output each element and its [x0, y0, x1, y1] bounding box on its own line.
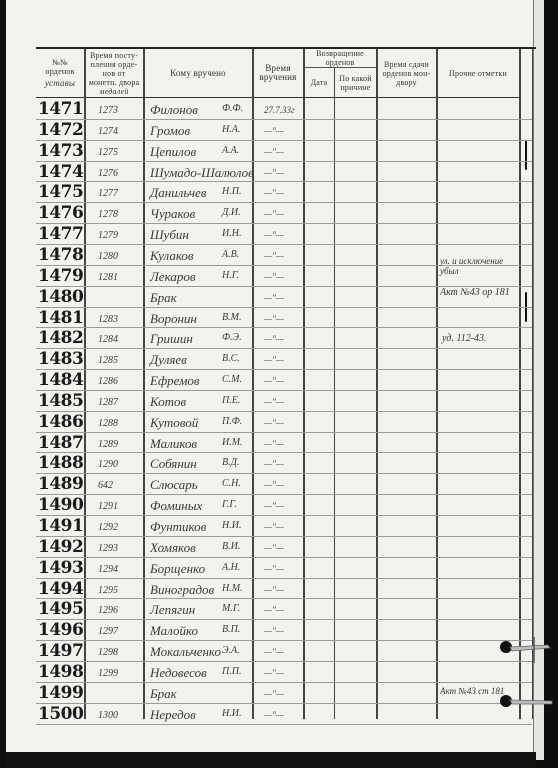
recipient-initials: И.Н. — [222, 228, 241, 239]
handed-time: —"— — [264, 501, 284, 511]
recipient-initials: П.Ф. — [222, 416, 242, 427]
column-divider — [334, 68, 335, 719]
recipient-name: Гришин — [150, 331, 193, 347]
recipient-initials: Г.Г. — [222, 499, 237, 510]
header-returned: Возвращение орденов — [304, 49, 376, 68]
handed-time: —"— — [264, 334, 284, 344]
received-number: 1289 — [98, 439, 118, 450]
note-row-1479: ул. и исключение убыл — [440, 256, 518, 276]
order-number: 1490 — [38, 495, 83, 515]
order-number: 1493 — [38, 558, 83, 578]
recipient-initials: А.Н. — [222, 562, 240, 573]
handed-time: —"— — [264, 522, 284, 532]
handed-time: —"— — [264, 126, 284, 136]
received-number: 1275 — [98, 147, 118, 158]
handed-time: —"— — [264, 188, 284, 198]
recipient-name: Кулаков — [150, 248, 194, 264]
handed-time: —"— — [264, 439, 284, 449]
note-row-1480: Акт №43 ор 181 — [440, 287, 510, 298]
order-number: 1488 — [38, 453, 83, 473]
handed-time: —"— — [264, 689, 284, 699]
handed-time: —"— — [264, 251, 284, 261]
received-number: 1285 — [98, 355, 118, 366]
recipient-initials: Н.И. — [222, 708, 241, 719]
handed-time: —"— — [264, 209, 284, 219]
received-number: 1284 — [98, 334, 118, 345]
order-number: 1499 — [38, 683, 83, 703]
recipient-name: Данильчев — [150, 185, 206, 201]
order-number: 1498 — [38, 662, 83, 682]
header-received: Время посту- пления орде- нов от монетн.… — [85, 49, 143, 98]
order-number: 1478 — [38, 245, 83, 265]
order-number: 1495 — [38, 599, 83, 619]
recipient-name: Ефремов — [150, 373, 200, 389]
handed-time: —"— — [264, 585, 284, 595]
handed-time: —"— — [264, 480, 284, 490]
recipient-initials: А.В. — [222, 249, 239, 260]
received-number: 1280 — [98, 251, 118, 262]
recipient-initials: С.Н. — [222, 478, 241, 489]
order-number: 1471 — [38, 99, 83, 119]
order-number: 1484 — [38, 370, 83, 390]
recipient-name: Лепягин — [150, 602, 195, 618]
recipient-initials: А.А. — [222, 145, 239, 156]
recipient-name: Брак — [150, 290, 177, 306]
row-divider — [36, 473, 532, 474]
order-number: 1500 — [38, 704, 83, 724]
recipient-name: Фунтиков — [150, 519, 206, 535]
row-divider — [36, 578, 532, 579]
received-number: 1279 — [98, 230, 118, 241]
header-returned-label: Возвращение орденов — [312, 49, 368, 67]
recipient-initials: Н.А. — [222, 124, 240, 135]
order-number: 1472 — [38, 120, 83, 140]
binder-clip-icon — [498, 689, 556, 718]
handed-time: —"— — [264, 418, 284, 428]
order-number: 1486 — [38, 412, 83, 432]
row-divider — [36, 119, 532, 120]
order-number: 1492 — [38, 537, 83, 557]
received-number: 1274 — [98, 126, 118, 137]
recipient-name: Фоминых — [150, 498, 202, 514]
order-number: 1474 — [38, 162, 83, 182]
row-divider — [36, 390, 532, 391]
row-divider — [36, 494, 532, 495]
row-divider — [36, 140, 532, 141]
recipient-name: Воронин — [150, 311, 197, 327]
received-number: 1294 — [98, 564, 118, 575]
row-divider — [36, 515, 532, 516]
received-number: 1291 — [98, 501, 118, 512]
row-divider — [36, 619, 532, 620]
recipient-name: Чураков — [150, 206, 195, 222]
order-number: 1489 — [38, 474, 83, 494]
order-number: 1479 — [38, 266, 83, 286]
order-number: 1494 — [38, 579, 83, 599]
recipient-initials: С.М. — [222, 374, 242, 385]
received-number: 1292 — [98, 522, 118, 533]
handed-time: —"— — [264, 397, 284, 407]
order-number: 1481 — [38, 308, 83, 328]
handed-time: —"— — [264, 647, 284, 657]
handed-time: —"— — [264, 605, 284, 615]
header-order-number-handwritten: уставы — [45, 79, 75, 88]
header-recipient: Кому вручено — [144, 49, 252, 98]
recipient-name: Брак — [150, 686, 177, 702]
recipient-name: Цепилов — [150, 144, 196, 160]
order-number: 1491 — [38, 516, 83, 536]
row-divider — [36, 452, 532, 453]
received-number: 1281 — [98, 272, 118, 283]
recipient-name: Дуляев — [150, 352, 187, 368]
received-number: 1286 — [98, 376, 118, 387]
handed-time: —"— — [264, 543, 284, 553]
recipient-initials: П.Е. — [222, 395, 240, 406]
received-number: 1277 — [98, 188, 118, 199]
note-row-1482: уд. 112-43. — [442, 333, 487, 344]
row-divider — [36, 202, 532, 203]
binding-slot — [525, 140, 527, 170]
header-other-notes: Прочие отметки — [437, 49, 519, 98]
order-number: 1476 — [38, 203, 83, 223]
recipient-initials: Н.М. — [222, 583, 243, 594]
header-order-number: №№ орденов уставы — [36, 49, 84, 98]
recipient-initials: В.М. — [222, 312, 241, 323]
received-number: 1287 — [98, 397, 118, 408]
handed-time: —"— — [264, 710, 284, 720]
row-divider — [36, 327, 532, 328]
handed-time: 27.7.33г — [264, 105, 295, 115]
handed-time: —"— — [264, 668, 284, 678]
row-divider — [36, 598, 532, 599]
header-handed-time-label: Время вручения — [258, 64, 298, 82]
received-number: 1276 — [98, 168, 118, 179]
handed-time: —"— — [264, 564, 284, 574]
order-number: 1473 — [38, 141, 83, 161]
received-number: 1278 — [98, 209, 118, 220]
received-number: 1299 — [98, 668, 118, 679]
handed-time: —"— — [264, 355, 284, 365]
recipient-initials: Н.И. — [222, 520, 241, 531]
recipient-name: Кутовой — [150, 415, 198, 431]
order-number: 1482 — [38, 328, 83, 348]
received-number: 1296 — [98, 605, 118, 616]
recipient-name: Виноградов — [150, 582, 214, 598]
order-number: 1497 — [38, 641, 83, 661]
row-divider — [36, 557, 532, 558]
handed-time: —"— — [264, 314, 284, 324]
handed-time: —"— — [264, 459, 284, 469]
recipient-initials: Н.Г. — [222, 270, 239, 281]
header-returned-reason: По какой причине — [335, 68, 376, 98]
recipient-name: Мокальченко — [150, 644, 221, 660]
order-number: 1480 — [38, 287, 83, 307]
header-delivered-to-mint: Время сдачи орденов мон- двору — [377, 49, 436, 98]
recipient-name: Хомяков — [150, 540, 196, 556]
received-number: 1290 — [98, 459, 118, 470]
row-divider — [36, 161, 532, 162]
recipient-initials: В.И. — [222, 541, 240, 552]
received-number: 1295 — [98, 585, 118, 596]
received-number: 1273 — [98, 105, 118, 116]
row-divider — [36, 724, 532, 725]
recipient-name: Нередов — [150, 707, 196, 723]
recipient-initials: Э.А. — [222, 645, 240, 656]
row-divider — [36, 432, 532, 433]
recipient-initials: Ф.Ф. — [222, 103, 243, 114]
received-number: 1297 — [98, 626, 118, 637]
received-number: 1283 — [98, 314, 118, 325]
row-divider — [36, 307, 532, 308]
recipient-name: Котов — [150, 394, 186, 410]
handed-time: —"— — [264, 272, 284, 282]
recipient-name: Малойко — [150, 623, 198, 639]
row-divider — [36, 411, 532, 412]
recipient-name: Борщенко — [150, 561, 205, 577]
order-number: 1475 — [38, 182, 83, 202]
header-delivered-to-mint-label: Время сдачи орденов мон- двору — [381, 60, 433, 87]
row-divider — [36, 369, 532, 370]
recipient-name: Собянин — [150, 456, 197, 472]
recipient-name: Недовесов — [150, 665, 207, 681]
handed-time: —"— — [264, 376, 284, 386]
row-divider — [36, 348, 532, 349]
recipient-name: Лекаров — [150, 269, 195, 285]
recipient-name: Филонов — [150, 102, 198, 118]
row-divider — [36, 682, 532, 683]
column-divider — [532, 49, 533, 719]
recipient-name: Громов — [150, 123, 190, 139]
row-divider — [36, 640, 532, 641]
handed-time: —"— — [264, 626, 284, 636]
note-row-1499: Акт №43 ст 181 — [440, 686, 504, 696]
header-returned-reason-label: По какой причине — [337, 74, 375, 92]
header-received-label: Время посту- пления орде- нов от монетн.… — [88, 51, 140, 87]
order-number: 1496 — [38, 620, 83, 640]
recipient-initials: В.С. — [222, 353, 240, 364]
recipient-initials: Н.П. — [222, 186, 241, 197]
row-divider — [36, 223, 532, 224]
handed-time: —"— — [264, 147, 284, 157]
recipient-name: Маликов — [150, 436, 197, 452]
row-divider — [36, 703, 532, 704]
received-number: 1288 — [98, 418, 118, 429]
header-received-handwritten: медалей — [99, 87, 128, 96]
handed-time: —"— — [264, 230, 284, 240]
received-number: 1300 — [98, 710, 118, 721]
header-handed-time: Время вручения — [253, 49, 303, 98]
recipient-initials: Ф.Э. — [222, 332, 242, 343]
recipient-initials: В.Д. — [222, 457, 239, 468]
recipient-initials: М.Г. — [222, 603, 240, 614]
recipient-initials: Д.И. — [222, 207, 241, 218]
recipient-initials: И.М. — [222, 437, 243, 448]
row-divider — [36, 536, 532, 537]
row-divider — [36, 244, 532, 245]
binder-clip-icon — [498, 635, 556, 670]
scan-border — [6, 752, 536, 768]
row-divider — [36, 661, 532, 662]
recipient-name: Шубин — [150, 227, 189, 243]
received-number: 1298 — [98, 647, 118, 658]
order-number: 1487 — [38, 433, 83, 453]
recipient-name: Шумадо-Шалюлов — [150, 165, 254, 181]
order-number: 1485 — [38, 391, 83, 411]
received-number: 642 — [98, 480, 113, 491]
header-order-number-label: №№ орденов — [40, 58, 80, 76]
received-number: 1293 — [98, 543, 118, 554]
handed-time: —"— — [264, 293, 284, 303]
recipient-initials: П.П. — [222, 666, 241, 677]
handed-time: —"— — [264, 168, 284, 178]
order-number: 1483 — [38, 349, 83, 369]
header-returned-date: Дата — [304, 68, 334, 98]
recipient-name: Слюсарь — [150, 477, 198, 493]
row-divider — [36, 181, 532, 182]
order-number: 1477 — [38, 224, 83, 244]
recipient-initials: В.П. — [222, 624, 240, 635]
